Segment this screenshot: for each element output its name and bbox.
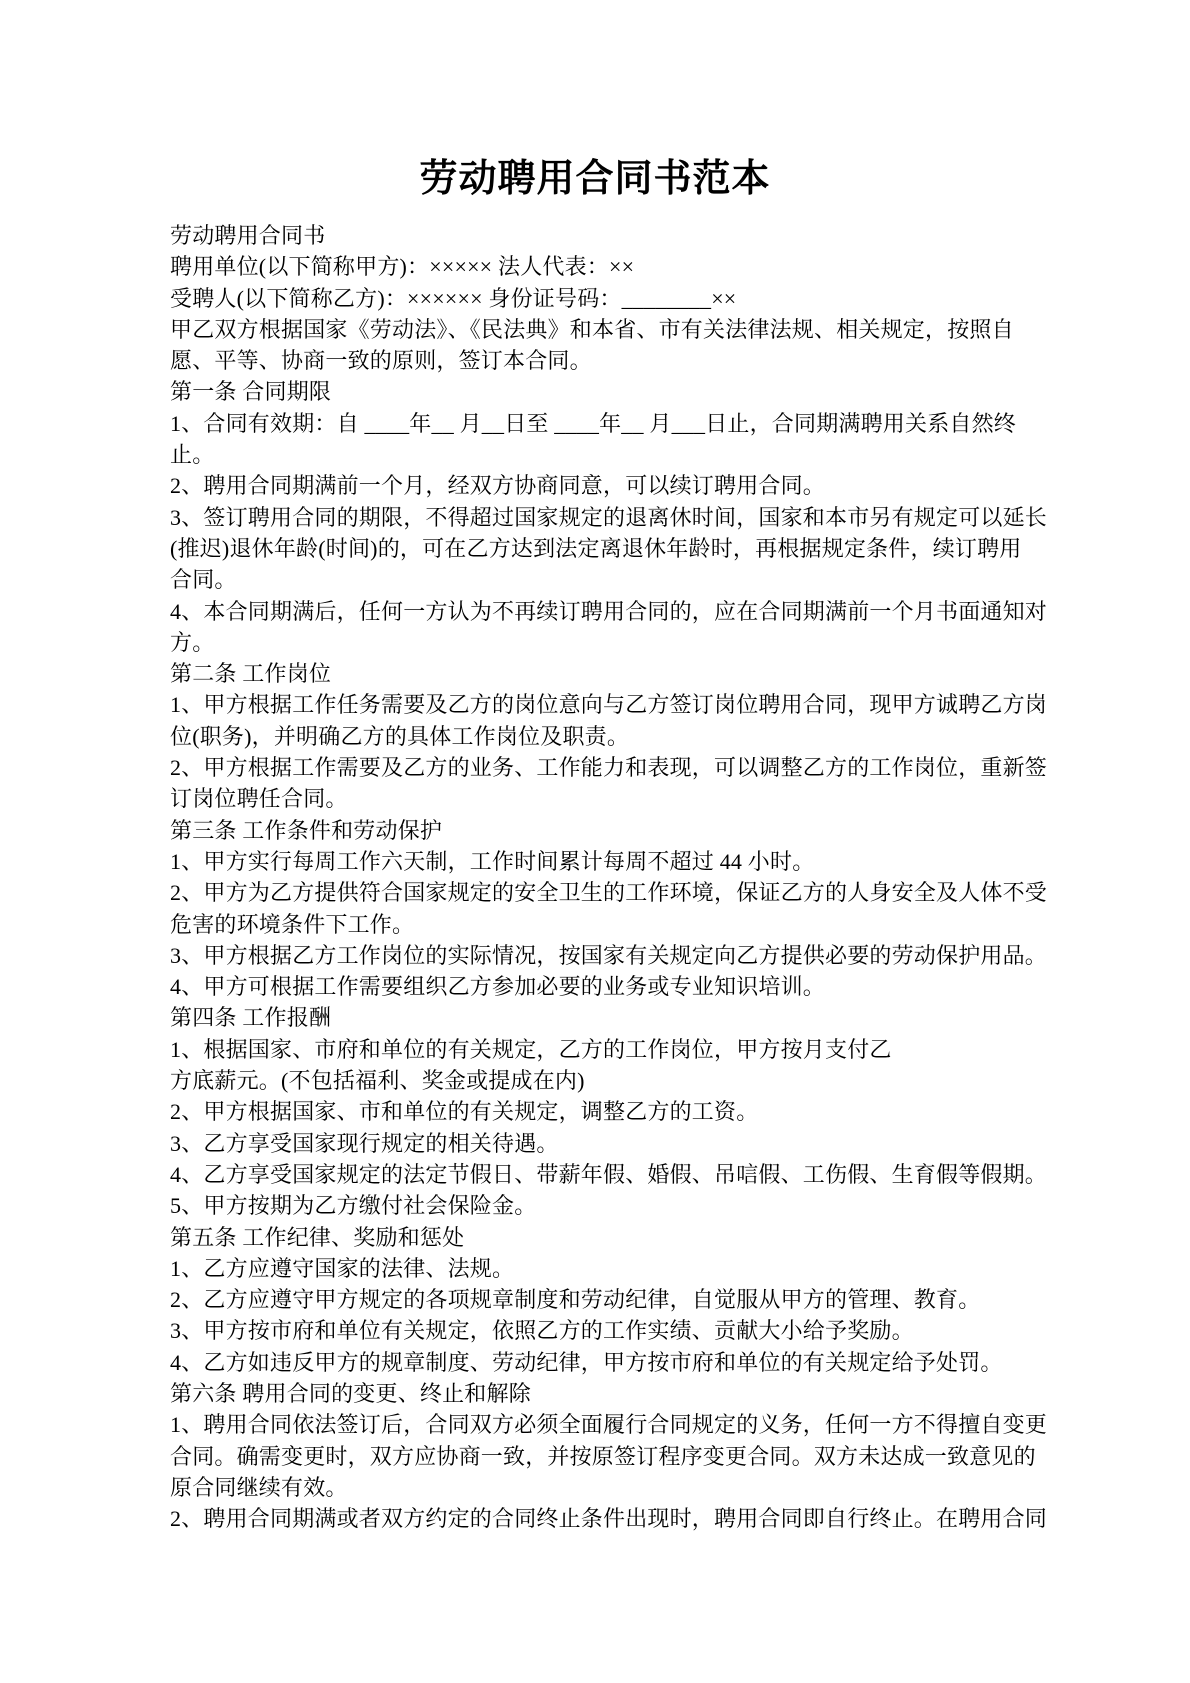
doc-line: 2、聘用合同期满前一个月，经双方协商同意，可以续订聘用合同。: [170, 470, 1020, 501]
clause-2-heading: 第二条 工作岗位: [170, 658, 1020, 689]
doc-line: 订岗位聘任合同。: [170, 783, 1020, 814]
doc-line: 方。: [170, 627, 1020, 658]
doc-title: 劳动聘用合同书范本: [170, 156, 1020, 202]
doc-line: 2、甲方为乙方提供符合国家规定的安全卫生的工作环境，保证乙方的人身安全及人体不受: [170, 877, 1020, 908]
preamble-line: 甲乙双方根据国家《劳动法》、《民法典》和本省、市有关法律法规、相关规定，按照自: [170, 314, 1020, 345]
doc-line: 3、甲方按市府和单位有关规定，依照乙方的工作实绩、贡献大小给予奖励。: [170, 1315, 1020, 1346]
doc-line: 3、签订聘用合同的期限，不得超过国家规定的退离休时间，国家和本市另有规定可以延长: [170, 502, 1020, 533]
clause-1-heading: 第一条 合同期限: [170, 376, 1020, 407]
doc-line: 2、甲方根据国家、市和单位的有关规定，调整乙方的工资。: [170, 1096, 1020, 1127]
doc-line: 合同。确需变更时，双方应协商一致，并按原签订程序变更合同。双方未达成一致意见的: [170, 1441, 1020, 1472]
clause-6-heading: 第六条 聘用合同的变更、终止和解除: [170, 1378, 1020, 1409]
party-a-line: 聘用单位(以下简称甲方)：××××× 法人代表：××: [170, 251, 1020, 282]
doc-line: 3、乙方享受国家现行规定的相关待遇。: [170, 1128, 1020, 1159]
doc-line: 位(职务)，并明确乙方的具体工作岗位及职责。: [170, 721, 1020, 752]
doc-line: 2、乙方应遵守甲方规定的各项规章制度和劳动纪律，自觉服从甲方的管理、教育。: [170, 1284, 1020, 1315]
clause-5-heading: 第五条 工作纪律、奖励和惩处: [170, 1222, 1020, 1253]
doc-line: 1、甲方根据工作任务需要及乙方的岗位意向与乙方签订岗位聘用合同，现甲方诚聘乙方岗: [170, 689, 1020, 720]
party-b-line: 受聘人(以下简称乙方)：×××××× 身份证号码：________××: [170, 283, 1020, 314]
doc-line: 止。: [170, 439, 1020, 470]
doc-line: 原合同继续有效。: [170, 1472, 1020, 1503]
doc-body: 劳动聘用合同书 聘用单位(以下简称甲方)：××××× 法人代表：×× 受聘人(以…: [170, 220, 1020, 1534]
doc-line: 1、甲方实行每周工作六天制，工作时间累计每周不超过 44 小时。: [170, 846, 1020, 877]
doc-line: 危害的环境条件下工作。: [170, 909, 1020, 940]
doc-subtitle-line: 劳动聘用合同书: [170, 220, 1020, 251]
doc-line: 1、合同有效期：自 ____年__ 月__日至 ____年__ 月___日止，合…: [170, 408, 1020, 439]
doc-line: 4、本合同期满后，任何一方认为不再续订聘用合同的，应在合同期满前一个月书面通知对: [170, 596, 1020, 627]
doc-line: (推迟)退休年龄(时间)的，可在乙方达到法定离退休年龄时，再根据规定条件，续订聘…: [170, 533, 1020, 564]
doc-line: 3、甲方根据乙方工作岗位的实际情况，按国家有关规定向乙方提供必要的劳动保护用品。: [170, 940, 1020, 971]
doc-line: 1、乙方应遵守国家的法律、法规。: [170, 1253, 1020, 1284]
doc-line: 5、甲方按期为乙方缴付社会保险金。: [170, 1190, 1020, 1221]
preamble-line: 愿、平等、协商一致的原则，签订本合同。: [170, 345, 1020, 376]
clause-3-heading: 第三条 工作条件和劳动保护: [170, 815, 1020, 846]
document-page: 劳动聘用合同书范本 劳动聘用合同书 聘用单位(以下简称甲方)：××××× 法人代…: [0, 0, 1190, 1683]
clause-4-heading: 第四条 工作报酬: [170, 1002, 1020, 1033]
doc-line: 1、聘用合同依法签订后，合同双方必须全面履行合同规定的义务，任何一方不得擅自变更: [170, 1409, 1020, 1440]
doc-line: 2、甲方根据工作需要及乙方的业务、工作能力和表现，可以调整乙方的工作岗位，重新签: [170, 752, 1020, 783]
doc-line: 合同。: [170, 564, 1020, 595]
doc-line: 2、聘用合同期满或者双方约定的合同终止条件出现时，聘用合同即自行终止。在聘用合同: [170, 1503, 1020, 1534]
doc-line: 4、甲方可根据工作需要组织乙方参加必要的业务或专业知识培训。: [170, 971, 1020, 1002]
doc-line: 1、根据国家、市府和单位的有关规定，乙方的工作岗位，甲方按月支付乙: [170, 1034, 1020, 1065]
doc-line: 方底薪元。(不包括福利、奖金或提成在内): [170, 1065, 1020, 1096]
doc-line: 4、乙方享受国家规定的法定节假日、带薪年假、婚假、吊唁假、工伤假、生育假等假期。: [170, 1159, 1020, 1190]
doc-line: 4、乙方如违反甲方的规章制度、劳动纪律，甲方按市府和单位的有关规定给予处罚。: [170, 1347, 1020, 1378]
